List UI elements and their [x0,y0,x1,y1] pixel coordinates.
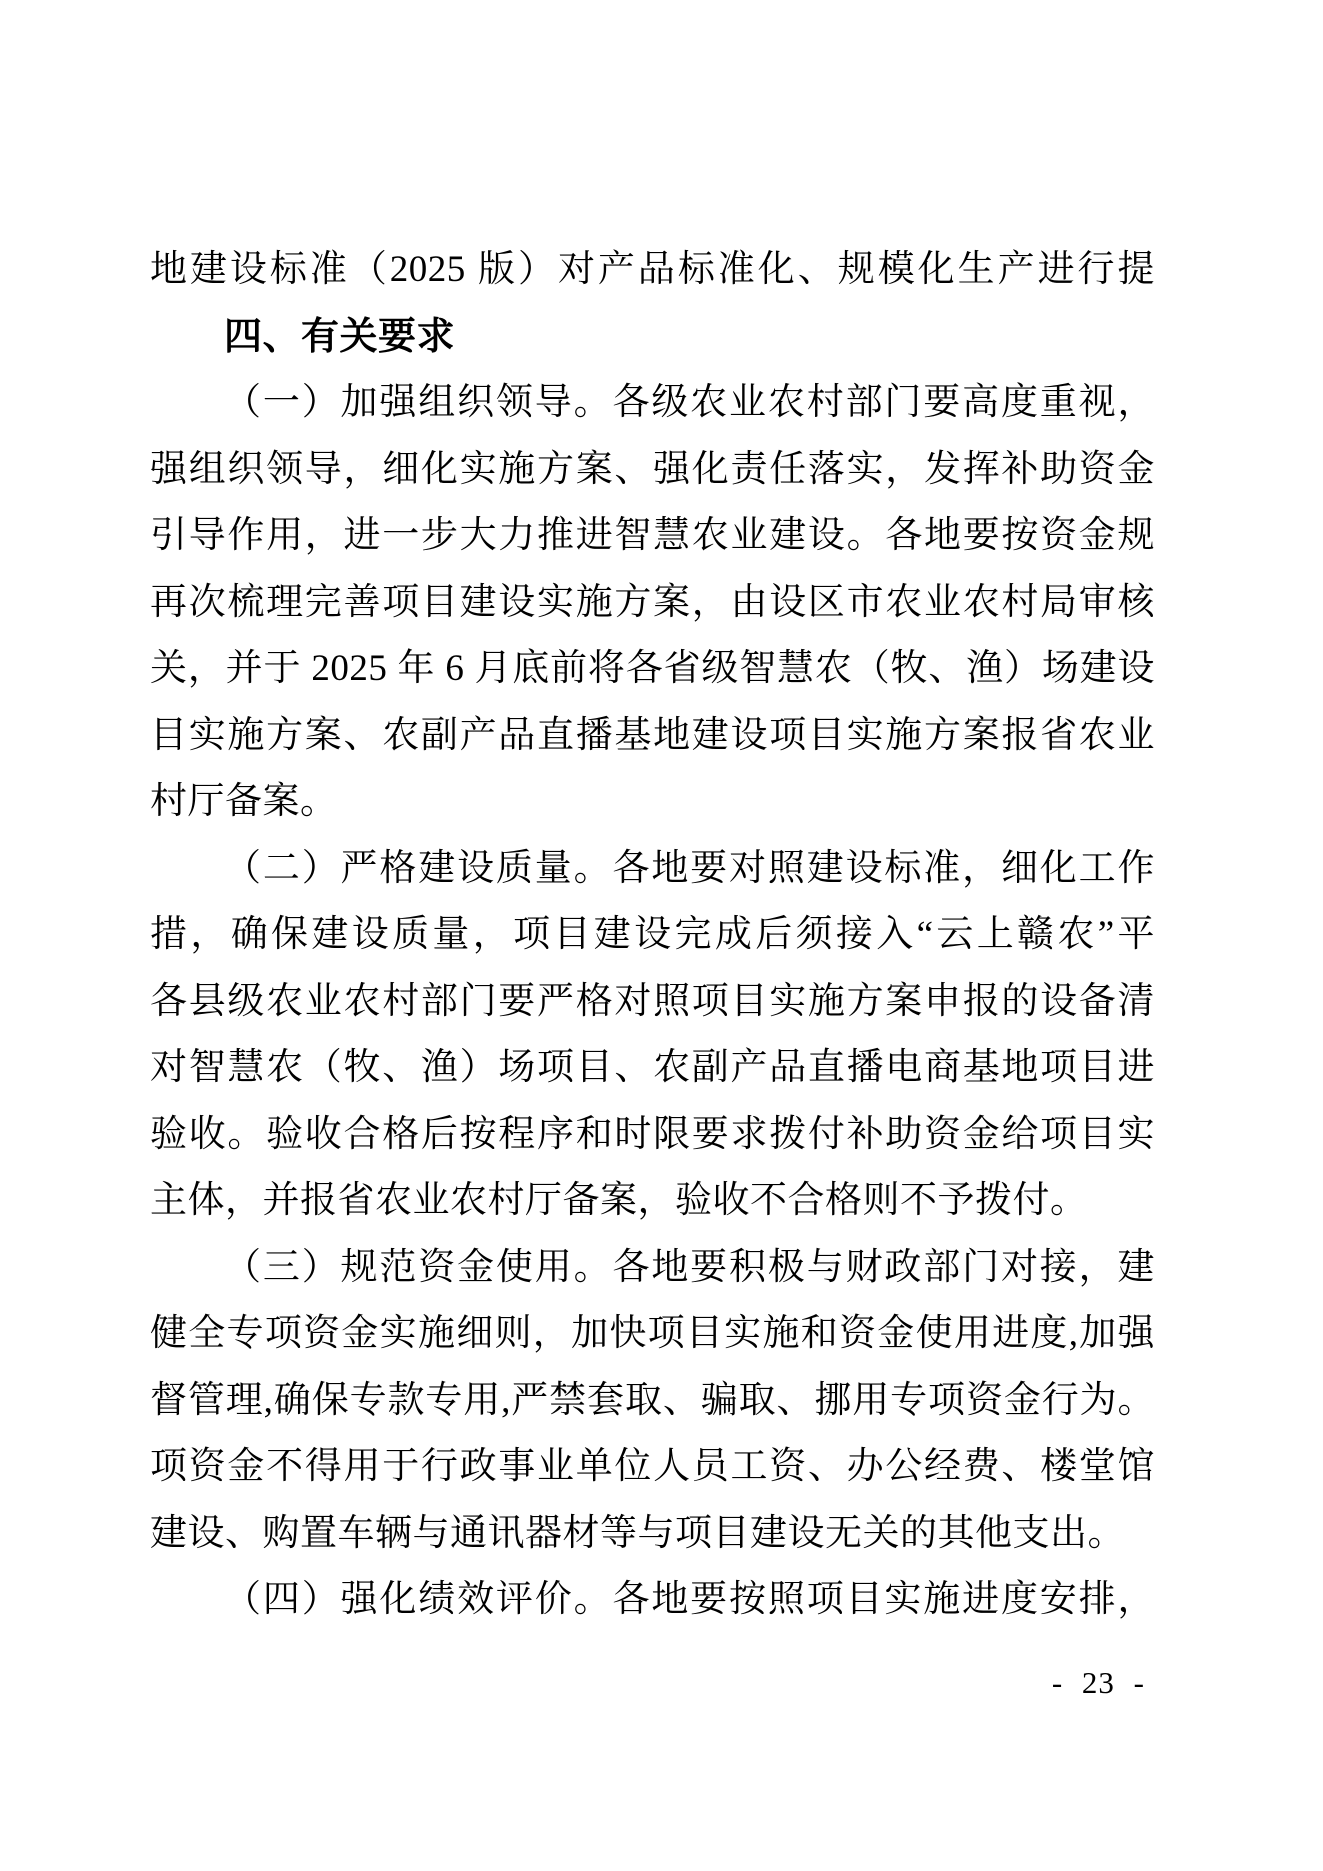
text-line: （三）规范资金使用。各地要积极与财政部门对接，建立 [150,1235,1155,1302]
document-text-block: 地建设标准（2025 版）对产品标准化、规模化生产进行提升。四、有关要求（一）加… [150,237,1155,1634]
text-line: 建设、购置车辆与通讯器材等与项目建设无关的其他支出。 [150,1501,1155,1568]
text-line: 目实施方案、农副产品直播基地建设项目实施方案报省农业农 [150,703,1155,770]
document-page: 地建设标准（2025 版）对产品标准化、规模化生产进行提升。四、有关要求（一）加… [0,0,1323,1871]
text-line: 项资金不得用于行政事业单位人员工资、办公经费、楼堂馆所 [150,1434,1155,1501]
text-line: 村厅备案。 [150,769,1155,836]
page-number: - 23 - [1052,1663,1145,1703]
text-line: 验收。验收合格后按程序和时限要求拨付补助资金给项目实施 [150,1102,1155,1169]
section-heading: 四、有关要求 [150,304,1155,371]
text-line: 督管理,确保专款专用,严禁套取、骗取、挪用专项资金行为。专 [150,1368,1155,1435]
text-line: 地建设标准（2025 版）对产品标准化、规模化生产进行提升。 [150,237,1155,304]
text-line: 主体，并报省农业农村厅备案，验收不合格则不予拨付。 [150,1168,1155,1235]
text-line: 强组织领导，细化实施方案、强化责任落实，发挥补助资金的 [150,437,1155,504]
text-line: （四）强化绩效评价。各地要按照项目实施进度安排，适 [150,1567,1155,1634]
text-line: 对智慧农（牧、渔）场项目、农副产品直播电商基地项目进行 [150,1035,1155,1102]
text-line: 措，确保建设质量，项目建设完成后须接入“云上赣农”平台。 [150,902,1155,969]
text-line: （一）加强组织领导。各级农业农村部门要高度重视，加 [150,370,1155,437]
text-line: 各县级农业农村部门要严格对照项目实施方案申报的设备清单 [150,969,1155,1036]
text-line: （二）严格建设质量。各地要对照建设标准，细化工作举 [150,836,1155,903]
text-line: 再次梳理完善项目建设实施方案，由设区市农业农村局审核把 [150,570,1155,637]
text-line: 关，并于 2025 年 6 月底前将各省级智慧农（牧、渔）场建设项 [150,636,1155,703]
text-line: 健全专项资金实施细则，加快项目实施和资金使用进度,加强监 [150,1301,1155,1368]
text-line: 引导作用，进一步大力推进智慧农业建设。各地要按资金规模 [150,503,1155,570]
